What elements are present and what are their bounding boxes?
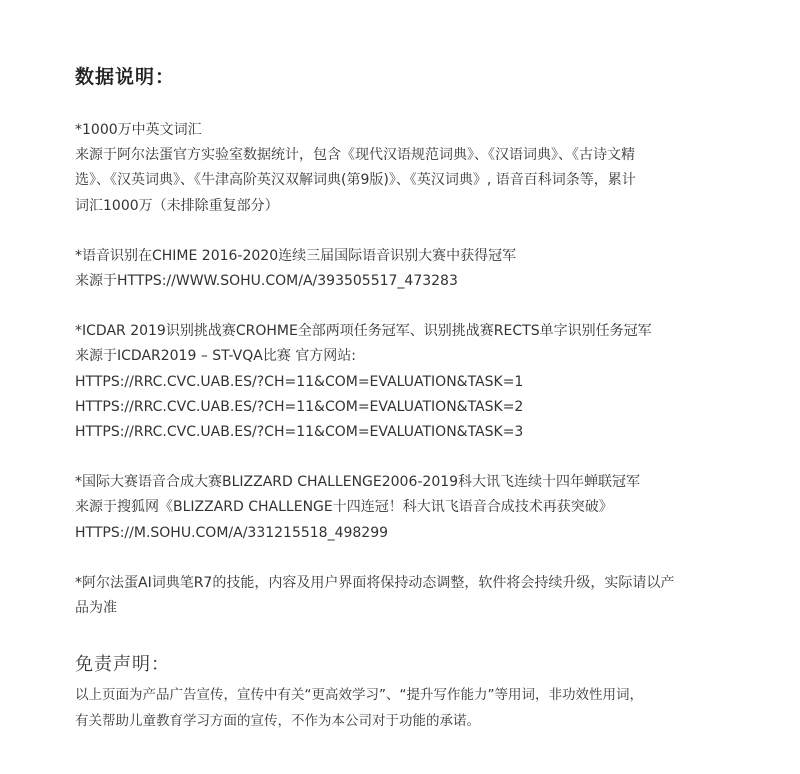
note-source-link: HTTPS://M.SOHU.COM/A/331215518_498299 xyxy=(75,521,745,546)
disclaimer-line: 有关帮助儿童教育学习方面的宣传，不作为本公司对于功能的承诺。 xyxy=(75,708,755,734)
note-line: 来源于阿尔法蛋官方实验室数据统计，包含《现代汉语规范词典》、《汉语词典》、《古诗… xyxy=(75,143,745,168)
note-line: 来源于搜狐网《BLIZZARD CHALLENGE十四连冠！科大讯飞语音合成技术… xyxy=(75,495,745,520)
data-notes-list: *1000万中英文词汇 来源于阿尔法蛋官方实验室数据统计，包含《现代汉语规范词典… xyxy=(75,118,745,646)
note-line: 品为准 xyxy=(75,596,745,621)
note-headline: *1000万中英文词汇 xyxy=(75,118,745,143)
note-source-link: HTTPS://RRC.CVC.UAB.ES/?CH=11&COM=EVALUA… xyxy=(75,395,745,420)
note-icdar: *ICDAR 2019识别挑战赛CROHME全部两项任务冠军、识别挑战赛RECT… xyxy=(75,319,745,445)
note-vocabulary: *1000万中英文词汇 来源于阿尔法蛋官方实验室数据统计，包含《现代汉语规范词典… xyxy=(75,118,745,219)
note-line: 来源于ICDAR2019 – ST-VQA比赛 官方网站: xyxy=(75,344,745,369)
note-line: 词汇1000万（未排除重复部分） xyxy=(75,194,745,219)
note-source-link: HTTPS://RRC.CVC.UAB.ES/?CH=11&COM=EVALUA… xyxy=(75,370,745,395)
note-headline: *国际大赛语音合成大赛BLIZZARD CHALLENGE2006-2019科大… xyxy=(75,470,745,495)
note-headline: *ICDAR 2019识别挑战赛CROHME全部两项任务冠军、识别挑战赛RECT… xyxy=(75,319,745,344)
note-source-link: 来源于HTTPS://WWW.SOHU.COM/A/393505517_4732… xyxy=(75,269,745,294)
note-product-features: *阿尔法蛋AI词典笔R7的技能，内容及用户界面将保持动态调整，软件将会持续升级，… xyxy=(75,571,745,621)
disclaimer-body: 以上页面为产品广告宣传，宣传中有关“更高效学习”、“提升写作能力”等用词，非功效… xyxy=(75,682,755,734)
note-blizzard-challenge: *国际大赛语音合成大赛BLIZZARD CHALLENGE2006-2019科大… xyxy=(75,470,745,546)
data-notes-title: 数据说明： xyxy=(75,62,175,89)
note-line: 选》、《汉英词典》、《牛津高阶英汉双解词典(第9版)》、《英汉词典》, 语音百科… xyxy=(75,168,745,193)
disclaimer-line: 以上页面为产品广告宣传，宣传中有关“更高效学习”、“提升写作能力”等用词，非功效… xyxy=(75,682,755,708)
note-headline: *阿尔法蛋AI词典笔R7的技能，内容及用户界面将保持动态调整，软件将会持续升级，… xyxy=(75,571,745,596)
disclaimer-title: 免责声明： xyxy=(75,650,170,676)
note-headline: *语音识别在CHIME 2016-2020连续三届国际语音识别大赛中获得冠军 xyxy=(75,244,745,269)
note-source-link: HTTPS://RRC.CVC.UAB.ES/?CH=11&COM=EVALUA… xyxy=(75,420,745,445)
note-speech-recognition: *语音识别在CHIME 2016-2020连续三届国际语音识别大赛中获得冠军 来… xyxy=(75,244,745,294)
